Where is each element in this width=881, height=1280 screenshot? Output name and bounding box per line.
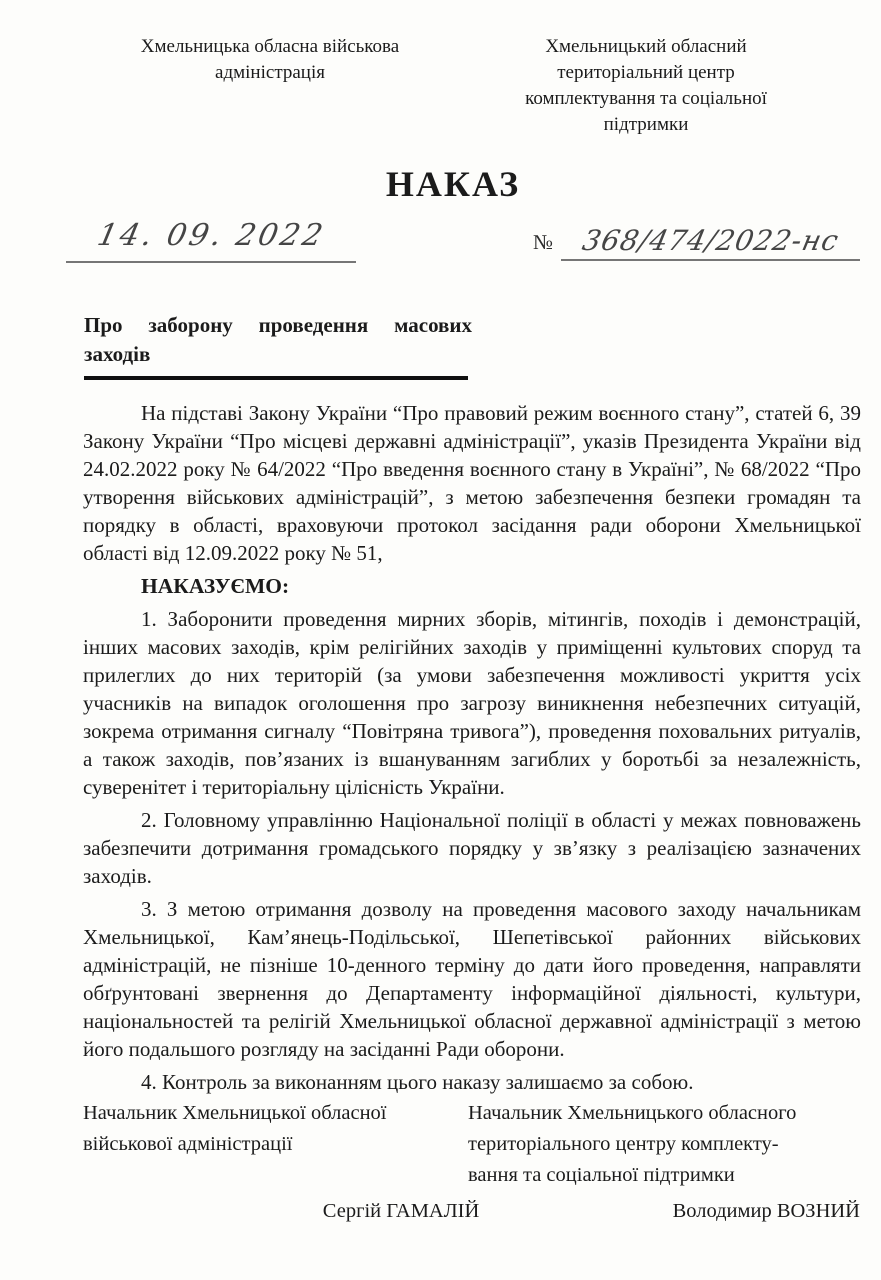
signature-title-right: Начальник Хмельницького обласного терито… bbox=[468, 1098, 860, 1191]
signature-name-right: Володимир ВОЗНИЙ bbox=[479, 1200, 860, 1223]
issuer-right-name: Хмельницький обласний територіальний цен… bbox=[478, 34, 814, 138]
number-field: № 368/474/2022-нс bbox=[533, 218, 860, 261]
document-title: НАКАЗ bbox=[0, 163, 881, 205]
order-item-4: 4. Контроль за виконанням цього наказу з… bbox=[83, 1068, 861, 1096]
signature-name-left: Сергій ГАМАЛІЙ bbox=[83, 1200, 479, 1223]
subject-line-1: Про заборону проведення масових bbox=[84, 311, 472, 340]
order-heading: НАКАЗУЄМО: bbox=[83, 572, 861, 600]
signature-names-row: Сергій ГАМАЛІЙ Володимир ВОЗНИЙ bbox=[83, 1200, 860, 1223]
number-line: 368/474/2022-нс bbox=[561, 224, 860, 261]
preamble-paragraph: На підставі Закону України “Про правовий… bbox=[83, 399, 861, 567]
date-field: 14. 09. 2022 bbox=[66, 218, 356, 263]
signature-titles-row: Начальник Хмельницької обласної військов… bbox=[83, 1098, 860, 1191]
document-body: На підставі Закону України “Про правовий… bbox=[83, 399, 861, 1101]
handwritten-date: 14. 09. 2022 bbox=[94, 218, 328, 253]
number-sign: № bbox=[533, 230, 561, 261]
order-item-3: 3. З метою отримання дозволу на проведен… bbox=[83, 895, 861, 1063]
issuer-left-name: Хмельницька обласна військова адміністра… bbox=[95, 34, 445, 86]
document-page: Хмельницька обласна військова адміністра… bbox=[0, 0, 881, 1280]
order-item-2: 2. Головному управлінню Національної пол… bbox=[83, 806, 861, 890]
subject-line-2: заходів bbox=[84, 340, 472, 369]
subject-block: Про заборону проведення масових заходів bbox=[84, 311, 472, 369]
subject-underline bbox=[84, 376, 468, 380]
handwritten-number: 368/474/2022-нс bbox=[579, 224, 842, 257]
order-item-1: 1. Заборонити проведення мирних зборів, … bbox=[83, 605, 861, 801]
signature-title-left: Начальник Хмельницької обласної військов… bbox=[83, 1098, 458, 1191]
